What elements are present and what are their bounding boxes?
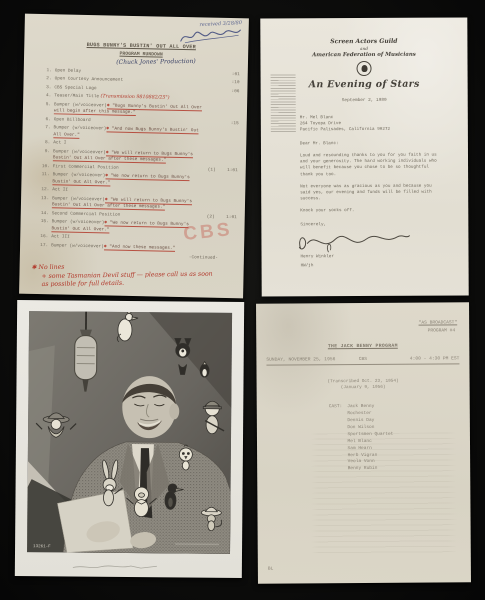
air-day: SUNDAY, NOVEMBER 25, 1956 [266,357,337,362]
jack-benny-script-document: "AS BROADCAST" PROGRAM #4 THE JACK BENNY… [256,302,471,583]
rundown-row: 7.Bumper (w/voiceover) "And now Bugs Bun… [38,125,238,142]
photo-of-documents: received 3/28/80 BUGS BUNNY'S BUSTIN' OU… [0,0,485,600]
alternate-date: (January 9, 1956) [257,384,470,392]
letter-body: Mr. Mel Blanc264 Toyopa DrivePacific Pal… [300,115,443,270]
recipient-address: Mr. Mel Blanc264 Toyopa DrivePacific Pal… [300,115,442,134]
photo-image: 13261-F [27,311,232,554]
photo-corner-code: 13261-F [33,545,51,549]
rundown-row: 5.Bumper (w/voiceover) "Bugs Bunny's Bus… [39,102,239,119]
program-title: THE JACK BENNY PROGRAM [256,343,469,349]
mel-blanc-signature [178,26,243,45]
closing: Sincerely, [300,221,442,228]
program-number: PROGRAM #4 [256,328,455,334]
rundown-row: 17.Bumper (w/voiceover) "And now these m… [36,243,236,254]
network: CBS [338,357,389,362]
handwritten-note: + some Tasmanian Devil stuff — please ca… [41,270,217,288]
org-name-line1: Screen Actors Guild [260,37,467,45]
transcription-dates: (Transcribed Oct. 23, 1954) (January 9, … [257,378,470,393]
salutation: Dear Mr. Blanc: [300,140,442,147]
air-time: 4:00 - 4:30 PM EST [388,356,459,361]
letter-paragraphs: Loud and resounding thanks to you for yo… [300,152,442,214]
committee-names-column [271,74,296,132]
letter-paragraph: Not everyone was as gracious as you and … [300,183,442,202]
pencil-notation [71,562,161,571]
rundown-row: 9.Bumper (w/voiceover) "We will return t… [38,149,238,166]
letter-document: Screen Actors Guild and American Federat… [260,17,468,296]
bleedthrough-text [279,432,457,553]
page-mark: BL [268,567,274,572]
rundown-notes: ✱ No lines+ some Tasmanian Devil stuff —… [31,261,217,289]
typist-initials: HW/jh [301,263,443,270]
letter-paragraph: Loud and resounding thanks to you for yo… [300,152,442,178]
continued-label: -Continued- [20,252,218,261]
recipient-line: Pacific Palisades, California 90272 [300,127,442,134]
airdate-row: SUNDAY, NOVEMBER 25, 1956 CBS 4:00 - 4:3… [266,356,459,365]
letter-paragraph: Knock your socks off. [300,208,442,215]
rundown-row: 11.Bumper (w/voiceover) "We now return t… [37,172,237,189]
guild-emblem-icon [356,61,371,76]
received-annotation: received 3/28/80 [178,20,243,50]
mel-blanc-photograph: 13261-F [15,300,244,578]
org-name-line3: American Federation of Musicians [260,51,467,58]
production-note-handwritten: (Chuck Jones' Production) [64,57,248,67]
rundown-row: 13.Bumper (w/voiceover) "We will return … [37,196,237,213]
as-broadcast-tag: "AS BROADCAST" [419,320,458,325]
rundown-document: received 3/28/80 BUGS BUNNY'S BUSTIN' OU… [19,14,249,299]
